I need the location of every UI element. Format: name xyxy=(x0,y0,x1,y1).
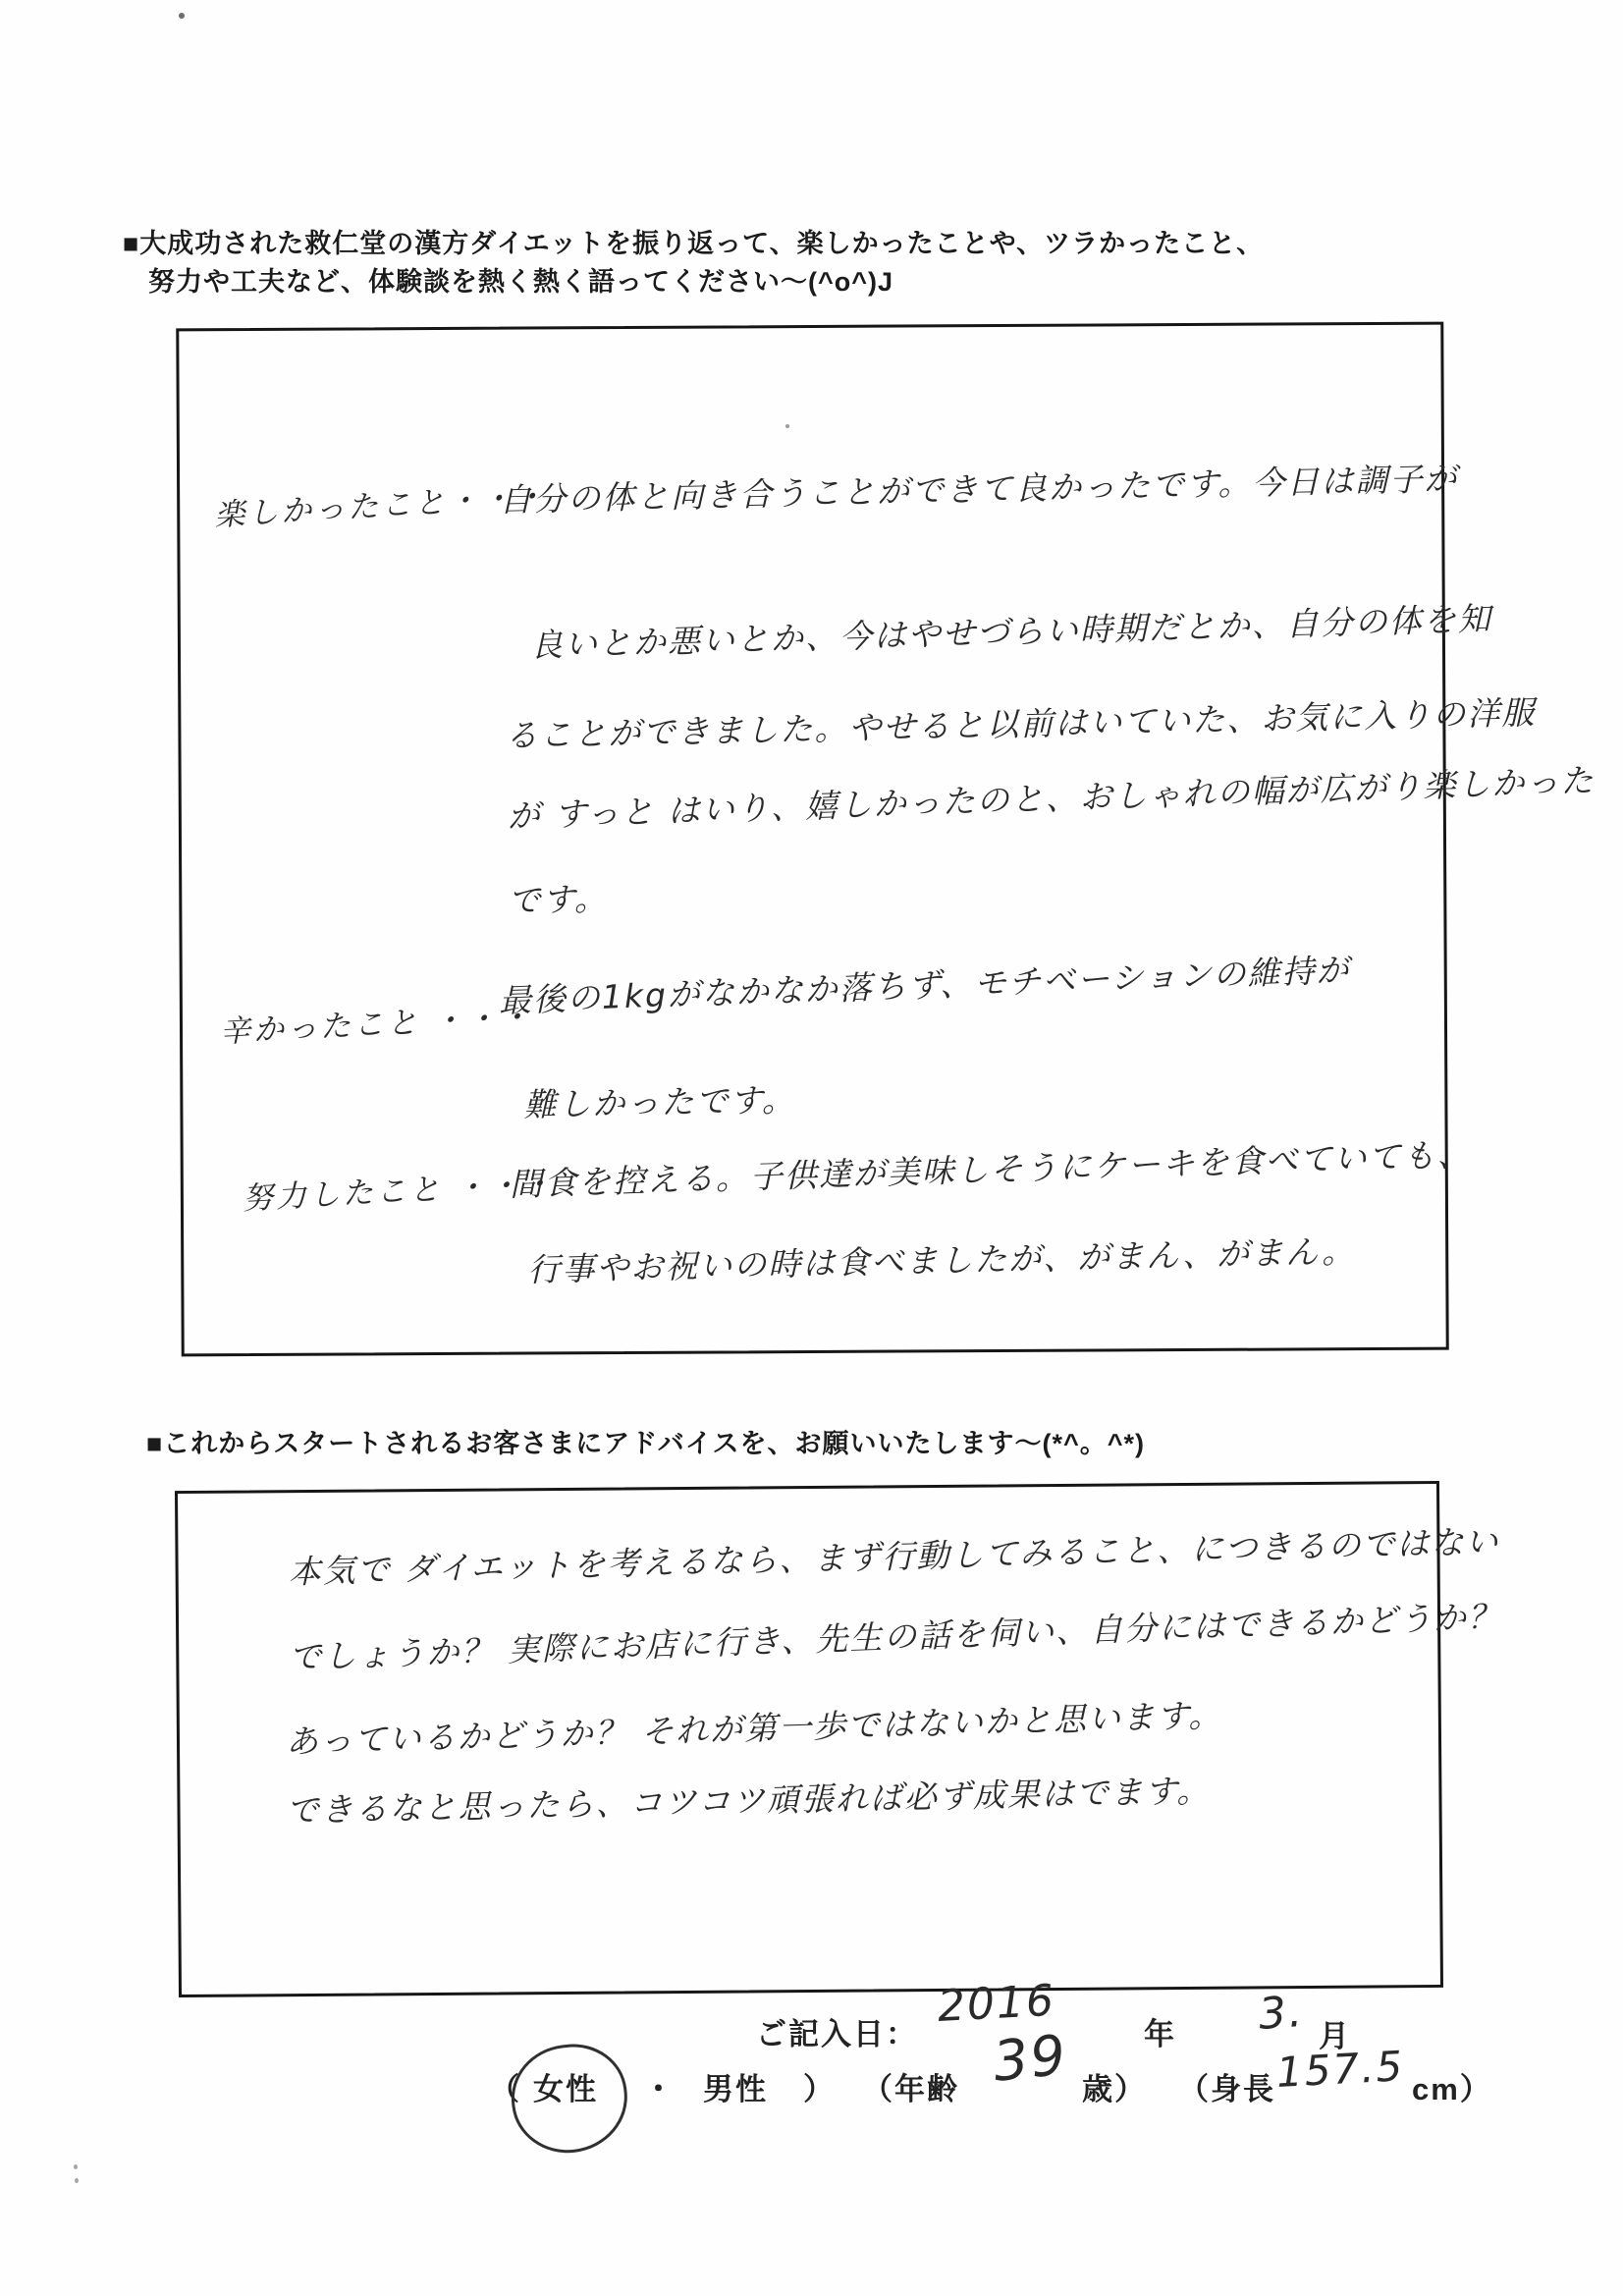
age-suffix: 歳） xyxy=(1082,2064,1147,2108)
handwritten-line: できるなと思ったら、コツコツ頑張れば必ず成果はでます。 xyxy=(286,1766,1212,1832)
year-suffix: 年 xyxy=(1144,2009,1176,2053)
scan-artifact-dot xyxy=(75,2178,79,2183)
scan-artifact-dot xyxy=(179,13,185,19)
handwritten-line: ることができました。やせると以前はいていた、お気に入りの洋服 xyxy=(505,687,1537,757)
handwritten-line: 行事やお祝いの時は食べましたが、がまん、がまん。 xyxy=(527,1226,1357,1290)
advice-answer-box: 本気で ダイエットを考えるなら、まず行動してみること、につきるのではない でしょ… xyxy=(175,1481,1443,1997)
age-label: （年齢 xyxy=(862,2064,959,2108)
handwritten-line: あっているかどうか？ それが第一歩ではないかと思います。 xyxy=(285,1690,1222,1763)
scan-artifact-dot xyxy=(74,2164,78,2169)
handwritten-line: 本気で ダイエットを考えるなら、まず行動してみること、につきるのではない xyxy=(288,1516,1500,1593)
question1-heading-line2: 努力や工夫など、体験談を熱く熱く語ってください〜(^o^)J xyxy=(148,260,893,299)
handwritten-label-hard: 辛かったこと ・・・ xyxy=(219,992,534,1052)
handwritten-circle-female xyxy=(506,2038,634,2159)
gender-option-separator: ・ xyxy=(643,2064,676,2108)
scanned-questionnaire-page: ■大成功された救仁堂の漢方ダイエットを振り返って、楽しかったことや、ツラかったこ… xyxy=(0,0,1623,2296)
handwritten-age: 39 xyxy=(991,2023,1071,2095)
height-suffix: cm） xyxy=(1412,2064,1492,2108)
testimonial-answer-box: 楽しかったこと・・・ 自分の体と向き合うことができて良かったです。今日は調子が … xyxy=(176,322,1448,1357)
handwritten-line: です。 xyxy=(508,873,609,921)
gender-paren-close: ） xyxy=(803,2064,836,2108)
handwritten-line: が すっと はいり、嬉しかったのと、おしゃれの幅が広がり楽しかった xyxy=(507,755,1596,838)
question2-heading: ■これからスタートされるお客さまにアドバイスを、お願いいたします〜(*^。^*) xyxy=(146,1422,1145,1460)
handwritten-line: 難しかったです。 xyxy=(523,1074,796,1125)
date-label: ご記入日： xyxy=(756,2009,918,2053)
handwritten-year: 2016 xyxy=(937,1976,1056,2032)
handwritten-line: 自分の体と向き合うことができて良かったです。今日は調子が xyxy=(499,453,1459,520)
handwritten-line: 間食を控える。子供達が美味しそうにケーキを食べていても、 xyxy=(509,1129,1472,1206)
gender-option-male: 男性 xyxy=(703,2064,768,2108)
handwritten-line: 良いとか悪いとか、今はやせづらい時期だとか、自分の体を知 xyxy=(529,593,1492,666)
height-label: （身長 xyxy=(1178,2064,1275,2108)
handwritten-height: 157.5 xyxy=(1275,2042,1406,2097)
handwritten-line: でしょうか？ 実際にお店に行き、先生の話を伺い、自分にはできるかどうか？ xyxy=(289,1591,1503,1678)
handwritten-month: 3. xyxy=(1257,1987,1305,2040)
handwritten-line: 最後の1kgがなかなか落ちず、モチベーションの維持が xyxy=(498,945,1351,1022)
question1-heading-line1: ■大成功された救仁堂の漢方ダイエットを振り返って、楽しかったことや、ツラかったこ… xyxy=(123,222,1264,260)
